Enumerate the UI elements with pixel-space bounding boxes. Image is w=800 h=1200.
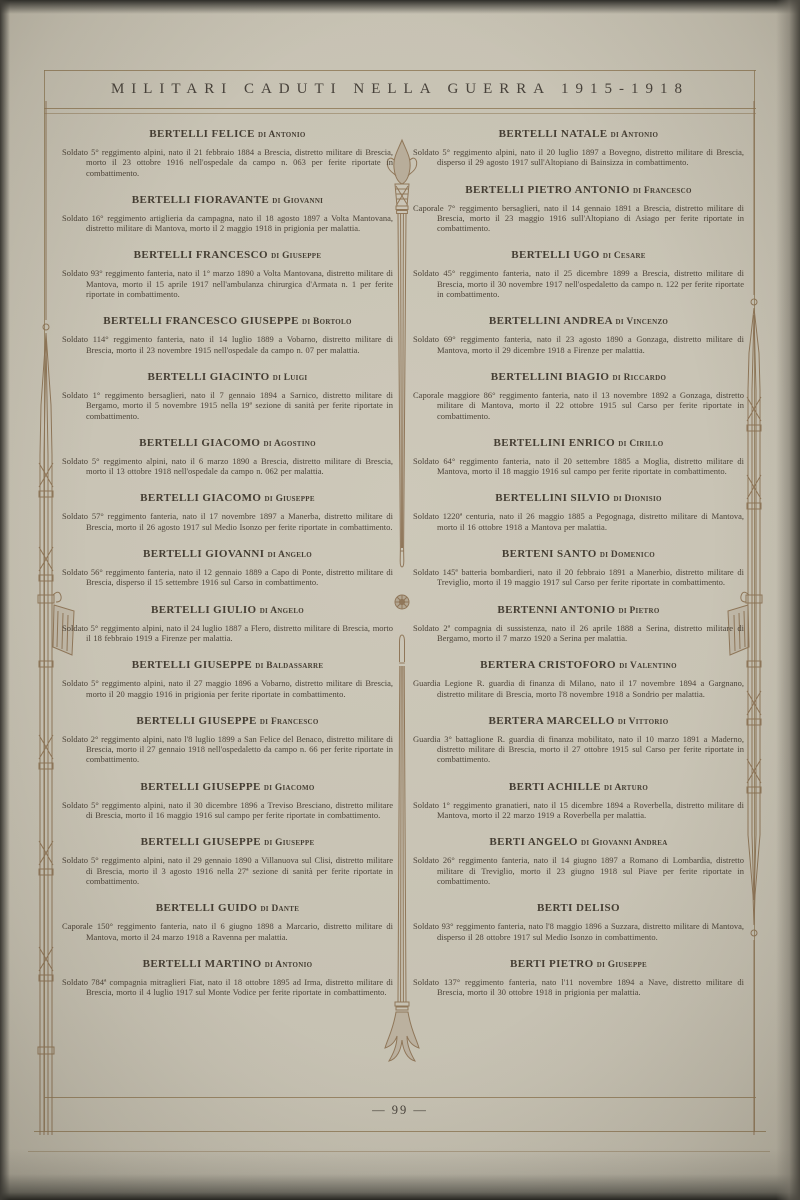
soldier-name: BERTELLI GIUSEPPE xyxy=(132,659,252,671)
soldier-patronymic: di Giuseppe xyxy=(597,960,647,970)
soldier-patronymic: di Giovanni xyxy=(272,196,323,206)
entry-text: Soldato 64° reggimento fanteria, nato il… xyxy=(413,456,744,477)
entry-heading: BERTI PIETRO di Giuseppe xyxy=(413,958,744,970)
entry-heading: BERTELLINI BIAGIO di Riccardo xyxy=(413,371,744,383)
soldier-name: BERTELLI GIUSEPPE xyxy=(136,715,256,727)
soldier-patronymic: di Giovanni Andrea xyxy=(581,838,668,848)
entry-text: Soldato 56° reggimento fanteria, nato il… xyxy=(62,567,393,588)
casualty-entry: BERTELLI GIACOMO di Giuseppe Soldato 57°… xyxy=(62,492,393,532)
entry-text: Soldato 1° reggimento bersaglieri, nato … xyxy=(62,390,393,421)
soldier-patronymic: di Giacomo xyxy=(264,783,315,793)
entry-heading: BERTELLINI ENRICO di Cirillo xyxy=(413,437,744,449)
casualty-entry: BERTELLI GIUSEPPE di Francesco Soldato 2… xyxy=(62,715,393,765)
entry-heading: BERTELLI MARTINO di Antonio xyxy=(62,958,393,970)
entry-heading: BERTENNI ANTONIO di Pietro xyxy=(413,604,744,616)
entry-heading: BERTELLI FRANCESCO GIUSEPPE di Bortolo xyxy=(62,315,393,327)
entry-heading: BERTELLI GIUSEPPE di Francesco xyxy=(62,715,393,727)
soldier-patronymic: di Bortolo xyxy=(302,317,352,327)
soldier-name: BERTELLINI BIAGIO xyxy=(491,371,610,383)
casualty-entry: BERTELLI GIULIO di Angelo Soldato 5° reg… xyxy=(62,604,393,644)
entry-text: Caporale maggiore 86° reggimento fanteri… xyxy=(413,390,744,421)
casualty-entry: BERTELLINI BIAGIO di Riccardo Caporale m… xyxy=(413,371,744,421)
soldier-name: BERTELLI FELICE xyxy=(149,128,255,140)
soldier-name: BERTELLINI SILVIO xyxy=(495,492,610,504)
casualty-entry: BERTERA CRISTOFORO di Valentino Guardia … xyxy=(413,659,744,699)
header-rule-bottom xyxy=(44,108,756,109)
casualty-entry: BERTELLINI ENRICO di Cirillo Soldato 64°… xyxy=(413,437,744,477)
soldier-name: BERTELLI NATALE xyxy=(499,128,608,140)
entry-text: Soldato 5° reggimento alpini, nato il 29… xyxy=(62,855,393,886)
soldier-patronymic: di Riccardo xyxy=(613,373,667,383)
soldier-name: BERTERA MARCELLO xyxy=(489,715,615,727)
casualty-entry: BERTI ANGELO di Giovanni Andrea Soldato … xyxy=(413,836,744,886)
soldier-name: BERTI ACHILLE xyxy=(509,781,601,793)
casualty-entry: BERTELLI UGO di Cesare Soldato 45° reggi… xyxy=(413,249,744,299)
soldier-patronymic: di Vincenzo xyxy=(615,317,668,327)
entry-heading: BERTELLI FELICE di Antonio xyxy=(62,128,393,140)
entry-text: Soldato 2ª compagnia di sussistenza, nat… xyxy=(413,623,744,644)
casualty-entry: BERTENI SANTO di Domenico Soldato 145ª b… xyxy=(413,548,744,588)
soldier-patronymic: di Domenico xyxy=(600,550,655,560)
casualty-entry: BERTELLI GIUSEPPE di Giuseppe Soldato 5°… xyxy=(62,836,393,886)
entry-heading: BERTELLI GIULIO di Angelo xyxy=(62,604,393,616)
entry-text: Soldato 5° reggimento alpini, nato il 24… xyxy=(62,623,393,644)
casualty-entry: BERTELLI FELICE di Antonio Soldato 5° re… xyxy=(62,128,393,178)
page-title: MILITARI CADUTI NELLA GUERRA 1915-1918 xyxy=(0,70,800,108)
soldier-patronymic: di Dante xyxy=(260,904,299,914)
entry-text: Soldato 2° reggimento alpini, nato l'8 l… xyxy=(62,734,393,765)
casualty-entry: BERTELLINI SILVIO di Dionisio Soldato 12… xyxy=(413,492,744,532)
entry-text: Soldato 5° reggimento alpini, nato il 20… xyxy=(413,147,744,168)
entry-heading: BERTERA CRISTOFORO di Valentino xyxy=(413,659,744,671)
right-column: BERTELLI NATALE di Antonio Soldato 5° re… xyxy=(413,128,744,1096)
entry-text: Soldato 45° reggimento fanteria, nato il… xyxy=(413,268,744,299)
left-border-rule xyxy=(44,70,45,1132)
soldier-name: BERTELLI UGO xyxy=(511,249,599,261)
entry-heading: BERTELLI GIUSEPPE di Giacomo xyxy=(62,781,393,793)
casualty-entry: BERTELLI GIACINTO di Luigi Soldato 1° re… xyxy=(62,371,393,421)
casualty-entry: BERTELLI MARTINO di Antonio Soldato 784ª… xyxy=(62,958,393,998)
casualty-entry: BERTELLI GIUSEPPE di Giacomo Soldato 5° … xyxy=(62,781,393,821)
book-page-photo: MILITARI CADUTI NELLA GUERRA 1915-1918 xyxy=(0,0,800,1200)
soldier-name: BERTELLINI ENRICO xyxy=(494,437,616,449)
casualty-entry: BERTELLI GIUSEPPE di Baldassarre Soldato… xyxy=(62,659,393,699)
entry-text: Guardia 3° battaglione R. guardia di fin… xyxy=(413,734,744,765)
casualty-entry: BERTELLI GIACOMO di Agostino Soldato 5° … xyxy=(62,437,393,477)
entry-heading: BERTI ACHILLE di Arturo xyxy=(413,781,744,793)
photo-edge-top xyxy=(0,0,800,14)
entry-heading: BERTELLI GUIDO di Dante xyxy=(62,902,393,914)
soldier-patronymic: di Giuseppe xyxy=(271,251,321,261)
entry-heading: BERTELLI GIACOMO di Giuseppe xyxy=(62,492,393,504)
entry-text: Soldato 5° reggimento alpini, nato il 21… xyxy=(62,147,393,178)
entry-text: Soldato 57° reggimento fanteria, nato il… xyxy=(62,511,393,532)
soldier-name: BERTELLI FRANCESCO xyxy=(134,249,268,261)
soldier-name: BERTELLI GUIDO xyxy=(156,902,258,914)
entry-text: Soldato 26° reggimento fanteria, nato il… xyxy=(413,855,744,886)
soldier-name: BERTI PIETRO xyxy=(510,958,594,970)
casualty-entry: BERTI ACHILLE di Arturo Soldato 1° reggi… xyxy=(413,781,744,821)
entry-heading: BERTI DELISO xyxy=(413,902,744,914)
soldier-name: BERTELLI GIUSEPPE xyxy=(141,836,261,848)
casualty-entry: BERTELLI FIORAVANTE di Giovanni Soldato … xyxy=(62,194,393,234)
entry-heading: BERTENI SANTO di Domenico xyxy=(413,548,744,560)
soldier-name: BERTELLI GIACINTO xyxy=(148,371,270,383)
entry-heading: BERTELLI GIUSEPPE di Baldassarre xyxy=(62,659,393,671)
footer-rule-top xyxy=(44,1097,756,1098)
entry-heading: BERTERA MARCELLO di Vittorio xyxy=(413,715,744,727)
soldier-name: BERTERA CRISTOFORO xyxy=(480,659,616,671)
casualty-list: BERTELLI FELICE di Antonio Soldato 5° re… xyxy=(62,128,744,1096)
soldier-patronymic: di Giuseppe xyxy=(265,494,315,504)
soldier-name: BERTI DELISO xyxy=(537,902,620,914)
header-rule-bottom-2 xyxy=(44,113,756,114)
soldier-patronymic: di Baldassarre xyxy=(255,661,323,671)
entry-text: Soldato 69° reggimento fanteria, nato il… xyxy=(413,334,744,355)
soldier-name: BERTELLI GIULIO xyxy=(151,604,257,616)
entry-heading: BERTELLI NATALE di Antonio xyxy=(413,128,744,140)
soldier-patronymic: di Dionisio xyxy=(614,494,662,504)
soldier-patronymic: di Cirillo xyxy=(618,439,663,449)
soldier-name: BERTI ANGELO xyxy=(489,836,577,848)
entry-text: Soldato 145ª batteria bombardieri, nato … xyxy=(413,567,744,588)
soldier-name: BERTELLI GIACOMO xyxy=(140,492,261,504)
soldier-patronymic: di Agostino xyxy=(264,439,316,449)
entry-text: Soldato 5° reggimento alpini, nato il 30… xyxy=(62,800,393,821)
casualty-entry: BERTELLINI ANDREA di Vincenzo Soldato 69… xyxy=(413,315,744,355)
soldier-name: BERTELLI GIUSEPPE xyxy=(140,781,260,793)
entry-text: Soldato 5° reggimento alpini, nato il 6 … xyxy=(62,456,393,477)
entry-heading: BERTELLI GIACOMO di Agostino xyxy=(62,437,393,449)
soldier-name: BERTENI SANTO xyxy=(502,548,597,560)
entry-heading: BERTELLI FRANCESCO di Giuseppe xyxy=(62,249,393,261)
soldier-patronymic: di Arturo xyxy=(604,783,648,793)
entry-text: Soldato 5° reggimento alpini, nato il 27… xyxy=(62,678,393,699)
casualty-entry: BERTERA MARCELLO di Vittorio Guardia 3° … xyxy=(413,715,744,765)
entry-text: Caporale 150° reggimento fanteria, nato … xyxy=(62,921,393,942)
entry-heading: BERTELLINI SILVIO di Dionisio xyxy=(413,492,744,504)
soldier-name: BERTENNI ANTONIO xyxy=(497,604,615,616)
soldier-name: BERTELLI MARTINO xyxy=(143,958,262,970)
soldier-name: BERTELLI GIACOMO xyxy=(139,437,260,449)
entry-text: Soldato 137° reggimento fanteria, nato l… xyxy=(413,977,744,998)
entry-heading: BERTELLI GIOVANNI di Angelo xyxy=(62,548,393,560)
photo-edge-bottom xyxy=(0,1148,800,1200)
soldier-patronymic: di Francesco xyxy=(633,186,692,196)
page-number: — 99 — xyxy=(0,1103,800,1118)
entry-heading: BERTELLI PIETRO ANTONIO di Francesco xyxy=(413,184,744,196)
soldier-name: BERTELLI FIORAVANTE xyxy=(132,194,269,206)
photo-edge-right xyxy=(776,0,800,1200)
entry-heading: BERTI ANGELO di Giovanni Andrea xyxy=(413,836,744,848)
left-column: BERTELLI FELICE di Antonio Soldato 5° re… xyxy=(62,128,393,1096)
entry-text: Caporale 7° reggimento bersaglieri, nato… xyxy=(413,203,744,234)
soldier-patronymic: di Francesco xyxy=(260,717,319,727)
entry-heading: BERTELLI GIUSEPPE di Giuseppe xyxy=(62,836,393,848)
photo-edge-left xyxy=(0,0,10,1200)
casualty-entry: BERTI DELISO Soldato 93° reggimento fant… xyxy=(413,902,744,942)
entry-text: Soldato 114° reggimento fanteria, nato i… xyxy=(62,334,393,355)
entry-text: Soldato 784ª compagnia mitraglieri Fiat,… xyxy=(62,977,393,998)
entry-heading: BERTELLI FIORAVANTE di Giovanni xyxy=(62,194,393,206)
casualty-entry: BERTELLI FRANCESCO di Giuseppe Soldato 9… xyxy=(62,249,393,299)
casualty-entry: BERTELLI PIETRO ANTONIO di Francesco Cap… xyxy=(413,184,744,234)
entry-heading: BERTELLI UGO di Cesare xyxy=(413,249,744,261)
soldier-patronymic: di Vittorio xyxy=(618,717,669,727)
entry-text: Soldato 93° reggimento fanteria, nato l'… xyxy=(413,921,744,942)
entry-text: Soldato 16° reggimento artiglieria da ca… xyxy=(62,213,393,234)
soldier-patronymic: di Angelo xyxy=(260,606,304,616)
casualty-entry: BERTELLI GIOVANNI di Angelo Soldato 56° … xyxy=(62,548,393,588)
entry-heading: BERTELLI GIACINTO di Luigi xyxy=(62,371,393,383)
soldier-name: BERTELLI FRANCESCO GIUSEPPE xyxy=(103,315,299,327)
soldier-name: BERTELLI PIETRO ANTONIO xyxy=(465,184,630,196)
soldier-patronymic: di Valentino xyxy=(619,661,677,671)
soldier-patronymic: di Pietro xyxy=(619,606,660,616)
casualty-entry: BERTENNI ANTONIO di Pietro Soldato 2ª co… xyxy=(413,604,744,644)
soldier-patronymic: di Antonio xyxy=(265,960,313,970)
right-border-rule xyxy=(754,70,755,1132)
entry-text: Soldato 1220ª centuria, nato il 26 maggi… xyxy=(413,511,744,532)
soldier-patronymic: di Antonio xyxy=(611,130,659,140)
soldier-patronymic: di Luigi xyxy=(273,373,308,383)
soldier-patronymic: di Giuseppe xyxy=(264,838,314,848)
soldier-name: BERTELLI GIOVANNI xyxy=(143,548,264,560)
casualty-entry: BERTELLI NATALE di Antonio Soldato 5° re… xyxy=(413,128,744,168)
entry-heading: BERTELLINI ANDREA di Vincenzo xyxy=(413,315,744,327)
soldier-patronymic: di Angelo xyxy=(268,550,312,560)
entry-text: Soldato 93° reggimento fanteria, nato il… xyxy=(62,268,393,299)
soldier-patronymic: di Antonio xyxy=(258,130,306,140)
footer-rule-bottom xyxy=(34,1131,766,1132)
casualty-entry: BERTELLI GUIDO di Dante Caporale 150° re… xyxy=(62,902,393,942)
casualty-entry: BERTELLI FRANCESCO GIUSEPPE di Bortolo S… xyxy=(62,315,393,355)
footer-rule-edge xyxy=(28,1151,770,1152)
casualty-entry: BERTI PIETRO di Giuseppe Soldato 137° re… xyxy=(413,958,744,998)
entry-text: Guardia Legione R. guardia di finanza di… xyxy=(413,678,744,699)
soldier-name: BERTELLINI ANDREA xyxy=(489,315,612,327)
soldier-patronymic: di Cesare xyxy=(603,251,646,261)
entry-text: Soldato 1° reggimento granatieri, nato i… xyxy=(413,800,744,821)
